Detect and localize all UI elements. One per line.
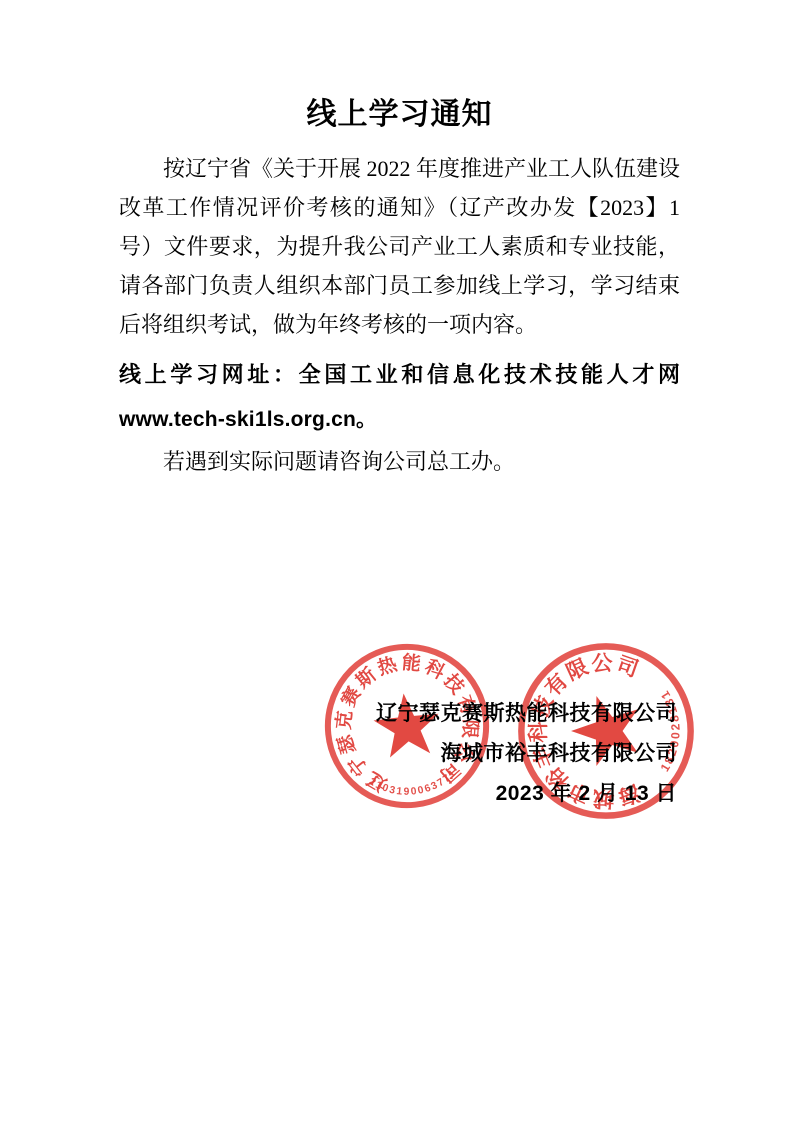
learning-website-url: www.tech-ski1ls.org.cn。	[119, 400, 680, 440]
signature-company-2: 海城市裕丰科技有限公司	[376, 734, 677, 774]
document-page: 线上学习通知 按辽宁省《关于开展 2022 年度推进产业工人队伍建设改革工作情况…	[0, 0, 800, 1131]
signature-company-1: 辽宁瑟克赛斯热能科技有限公司	[376, 694, 677, 734]
learning-website-label: 线上学习网址：全国工业和信息化技术技能人才网	[119, 355, 680, 395]
notice-paragraph: 按辽宁省《关于开展 2022 年度推进产业工人队伍建设改革工作情况评价考核的通知…	[119, 149, 680, 344]
closing-paragraph: 若遇到实际问题请咨询公司总工办。	[119, 442, 680, 481]
signature-date: 2023 年 2 月 13 日	[376, 774, 677, 814]
document-body: 线上学习通知 按辽宁省《关于开展 2022 年度推进产业工人队伍建设改革工作情况…	[119, 0, 680, 481]
signature-block: 辽宁瑟克赛斯热能科技有限公司 海城市裕丰科技有限公司 2023 年 2 月 13…	[376, 694, 677, 814]
page-title: 线上学习通知	[119, 94, 680, 136]
